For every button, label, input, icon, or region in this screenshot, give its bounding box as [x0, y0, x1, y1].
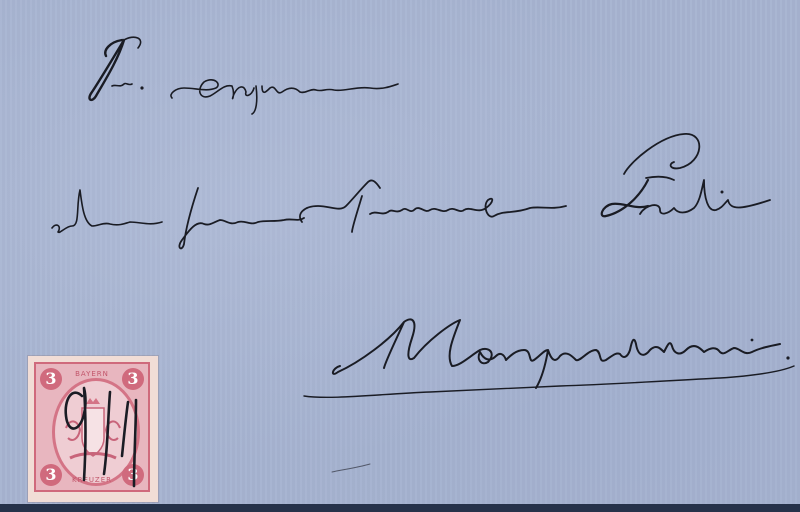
cover-shadow-edge [0, 504, 800, 512]
pen-cancellation [28, 356, 158, 502]
letter-cover: Sr. Wohlgeboren dem Herrn Forstmeister P… [0, 0, 800, 506]
postage-stamp: BAYERN 3 3 3 3 KREUZER [28, 356, 158, 502]
